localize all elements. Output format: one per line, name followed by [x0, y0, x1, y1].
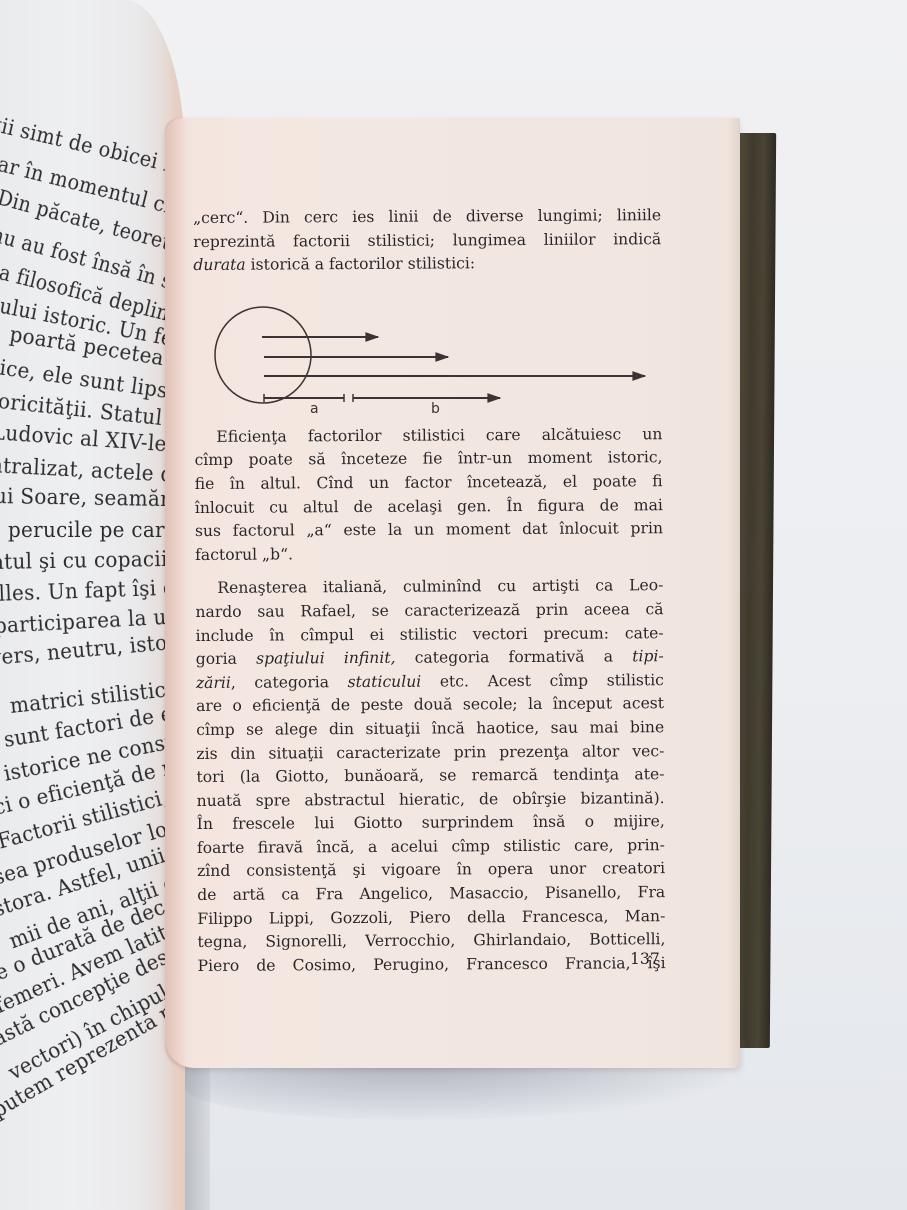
text-line: tegna, Signorelli, Verrocchio, Ghirlanda… — [197, 928, 665, 954]
text-line: reprezintă factorii stilistici; lungimea… — [193, 228, 661, 254]
emphasis-zarii: zării — [196, 673, 231, 691]
page-number: 137 — [630, 950, 660, 968]
text-line: Eficienţa factorilor stilistici care alc… — [194, 423, 662, 449]
text-line: include în cîmpul ei stilistic vectori p… — [196, 622, 664, 648]
text-line: fie în altul. Cînd un factor încetează, … — [195, 470, 663, 496]
left-line: ui Soare, seamănă din p — [0, 484, 185, 512]
left-line: atul şi cu copacii frizaţi — [0, 546, 185, 574]
label-b: b — [431, 401, 440, 417]
circle-arrows-figure: a b — [200, 295, 660, 420]
text-line: sus factorul „a“ este la un moment dat î… — [195, 517, 663, 543]
text-line: cîmp se alege din situaţii încă haotice,… — [196, 716, 664, 742]
text-line: În frescele lui Giotto surprindem însă o… — [197, 810, 665, 836]
factor-diagram: a b — [200, 295, 660, 420]
left-page: ţii simt de obicei în dis iar în momentu… — [0, 0, 185, 1210]
text-span: categoria formativă a — [395, 647, 632, 666]
text-line: are o eficienţă de peste două secole; la… — [196, 692, 664, 718]
text-span: goria — [196, 650, 256, 668]
text-line: cîmp poate să înceteze fie într-un momen… — [194, 447, 662, 473]
text-line: zis din situaţii caracterizate prin prez… — [196, 740, 664, 766]
page-gutter — [165, 118, 187, 1068]
page-edge — [728, 118, 740, 1068]
left-line: illes. Un fapt îşi dobînde — [0, 573, 185, 606]
emphasis-spatiului: spaţiului infinit, — [256, 649, 396, 668]
text-line: nardo sau Rafael, se caracterizează prin… — [195, 598, 663, 624]
label-a: a — [310, 401, 319, 417]
text-line: zării, categoria staticului etc. Acest c… — [196, 669, 664, 695]
text-line: zînd consistenţă şi vigoare în opera uno… — [197, 858, 665, 884]
text-line: înlocuit cu altul de acelaşi gen. În fig… — [195, 494, 663, 520]
left-line: perucile pe care le pu — [8, 518, 185, 542]
text-line: Piero de Cosimo, Perugino, Francesco Fra… — [198, 952, 666, 978]
text-line: foarte firavă încă, a acelui cîmp stilis… — [197, 834, 665, 860]
text-line: durata istorică a factorilor stilistici: — [193, 251, 661, 277]
book-photo-scene: ţii simt de obicei în dis iar în momentu… — [0, 0, 907, 1210]
text-line: goria spaţiului infinit, categoria forma… — [196, 645, 664, 671]
text-line: Renaşterea italiană, culminînd cu artişt… — [195, 574, 663, 600]
text-span: etc. Acest cîmp stilistic — [421, 671, 664, 690]
text-line: Filippo Lippi, Gozzoli, Piero della Fran… — [197, 905, 665, 931]
emphasis-tipi: tipi- — [632, 647, 664, 665]
emphasis-staticului: staticului — [348, 672, 422, 690]
emphasis-durata: durata — [193, 256, 245, 274]
text-line: „cerc“. Din cerc ies linii de diverse lu… — [193, 204, 661, 230]
text-span: istorică a factorilor stilistici: — [246, 254, 476, 273]
text-line: tori (la Giotto, bunăoară, se remarcă te… — [196, 763, 664, 789]
text-line: nuată spre abstractul hieratic, de obîrş… — [197, 787, 665, 813]
text-span: , categoria — [231, 673, 348, 692]
cerc-circle — [215, 307, 311, 403]
text-line: factorul „b“. — [195, 541, 663, 567]
text-line: de artă ca Fra Angelico, Masaccio, Pisan… — [197, 881, 665, 907]
